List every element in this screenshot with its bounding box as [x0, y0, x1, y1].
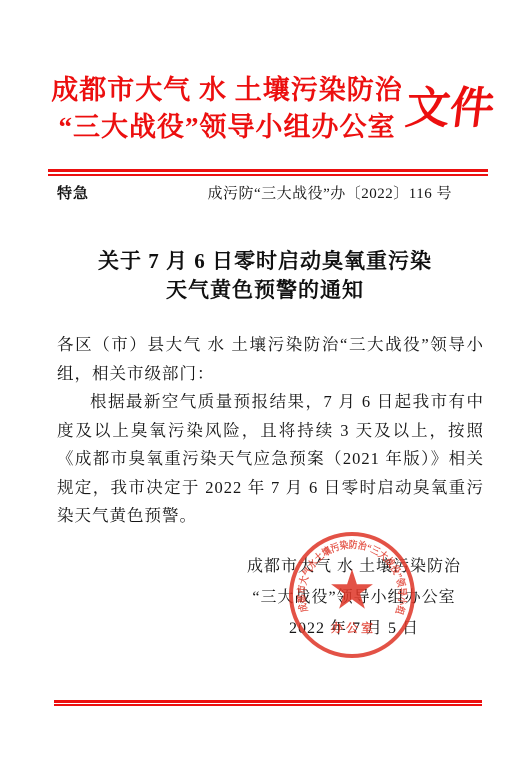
- footer-divider-line-bottom: [54, 704, 482, 706]
- org-name-line2: “三大战役”领导小组办公室: [50, 109, 404, 146]
- document-number: 成污防“三大战役”办〔2022〕116 号: [207, 182, 452, 203]
- document-title: 关于 7 月 6 日零时启动臭氧重污染 天气黄色预警的通知: [0, 247, 530, 305]
- seal-center-text: 办 公 室: [331, 620, 373, 635]
- document-meta-row: 特急 成污防“三大战役”办〔2022〕116 号: [57, 182, 488, 203]
- official-seal: 成都市大气水土壤污染防治“三大战役”领导小组 办 公 室: [286, 529, 418, 661]
- footer-divider-line: [54, 700, 482, 706]
- seal-star-icon: [331, 569, 373, 609]
- document-title-line2: 天气黄色预警的通知: [0, 276, 530, 305]
- urgency-label: 特急: [57, 182, 89, 203]
- document-page: 成都市大气 水 土壤污染防治 “三大战役”领导小组办公室 文件 特急 成污防“三…: [0, 0, 530, 757]
- header-divider-line-bottom: [48, 174, 488, 176]
- document-title-line1: 关于 7 月 6 日零时启动臭氧重污染: [0, 247, 530, 276]
- body-paragraph: 根据最新空气质量预报结果，7 月 6 日起我市有中度及以上臭氧污染风险，且将持续…: [57, 388, 484, 531]
- document-body: 各区（市）县大气 水 土壤污染防治“三大战役”领导小组，相关市级部门： 根据最新…: [57, 331, 484, 531]
- document-letterhead: 成都市大气 水 土壤污染防治 “三大战役”领导小组办公室 文件: [50, 72, 494, 146]
- org-name-line1: 成都市大气 水 土壤污染防治: [50, 72, 404, 109]
- salutation-text: 各区（市）县大气 水 土壤污染防治“三大战役”领导小组，相关市级部门：: [57, 331, 484, 388]
- footer-divider-line-top: [54, 700, 482, 703]
- issuing-org-name: 成都市大气 水 土壤污染防治 “三大战役”领导小组办公室: [50, 72, 404, 146]
- doc-type-label: 文件: [403, 87, 496, 131]
- header-divider-line-top: [48, 169, 488, 172]
- header-divider-line: [48, 169, 488, 176]
